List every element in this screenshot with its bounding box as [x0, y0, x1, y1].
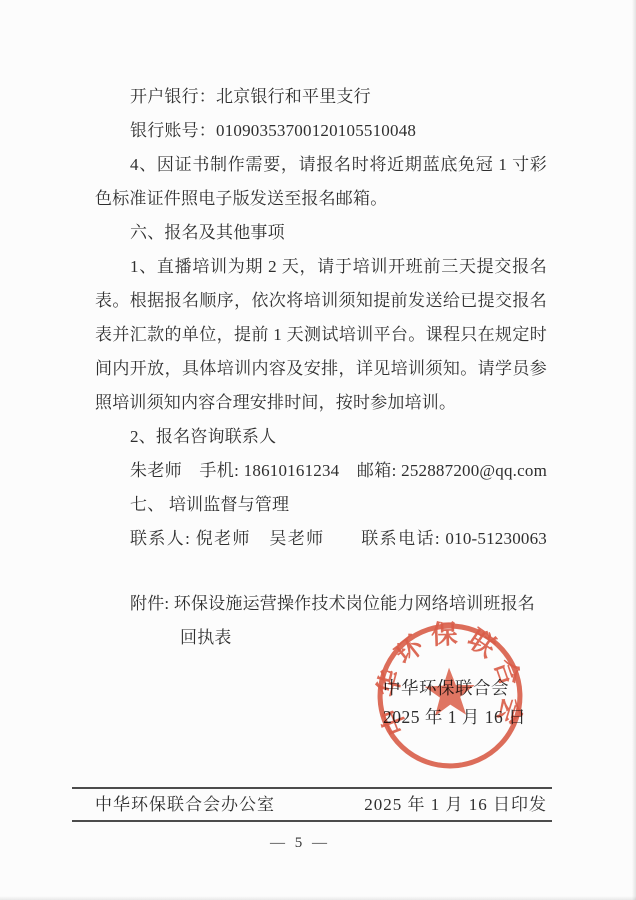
body-line: 1、直播培训为期 2 天，请于培训开班前三天提交报名: [95, 250, 547, 284]
body-line: 开户银行：北京银行和平里支行: [95, 80, 547, 114]
body-line: 2、报名咨询联系人: [95, 420, 547, 454]
scan-edge-right: [632, 0, 636, 900]
footer-rule-bottom: [72, 820, 552, 822]
body-line: 4、因证书制作需要，请报名时将近期蓝底免冠 1 寸彩: [95, 148, 547, 182]
signature-date: 2025 年 1 月 16 日: [383, 703, 526, 732]
body-line: 表。根据报名顺序，依次将培训须知提前发送给已提交报名: [95, 284, 547, 318]
footer-rule-top: [72, 787, 552, 789]
section-heading: 七、 培训监督与管理: [95, 488, 547, 522]
body-line: 照培训须知内容合理安排时间，按时参加培训。: [95, 386, 547, 420]
body-line: 银行账号：01090353700120105510048: [95, 114, 547, 148]
contact-line: 朱老师 手机: 18610161234 邮箱: 252887200@qq.com: [95, 454, 547, 488]
document-body: 开户银行：北京银行和平里支行 银行账号：01090353700120105510…: [95, 80, 547, 655]
page-number: — 5 —: [0, 835, 600, 852]
signature-block: 中华环保联合会 2025 年 1 月 16 日: [383, 674, 526, 732]
attachment-line: 回执表: [95, 621, 547, 655]
signature-org: 中华环保联合会: [383, 674, 526, 703]
scan-edge-bottom: [0, 896, 636, 900]
body-line: 间内开放，具体培训内容及安排，详见培训须知。请学员参: [95, 352, 547, 386]
attachment-line: 附件: 环保设施运营操作技术岗位能力网络培训班报名: [95, 587, 547, 621]
body-line: 色标准证件照电子版发送至报名邮箱。: [95, 182, 547, 216]
document-page: 开户银行：北京银行和平里支行 银行账号：01090353700120105510…: [0, 0, 636, 900]
contact-line: 联系人: 倪老师 吴老师 联系电话: 010-51230063: [95, 522, 547, 556]
body-line: 表并汇款的单位，提前 1 天测试培训平台。课程只在规定时: [95, 318, 547, 352]
footer-issue-date: 2025 年 1 月 16 日印发: [364, 792, 552, 818]
footer-office: 中华环保联合会办公室: [72, 792, 275, 818]
footer: 中华环保联合会办公室 2025 年 1 月 16 日印发: [72, 792, 552, 818]
section-heading: 六、报名及其他事项: [95, 216, 547, 250]
